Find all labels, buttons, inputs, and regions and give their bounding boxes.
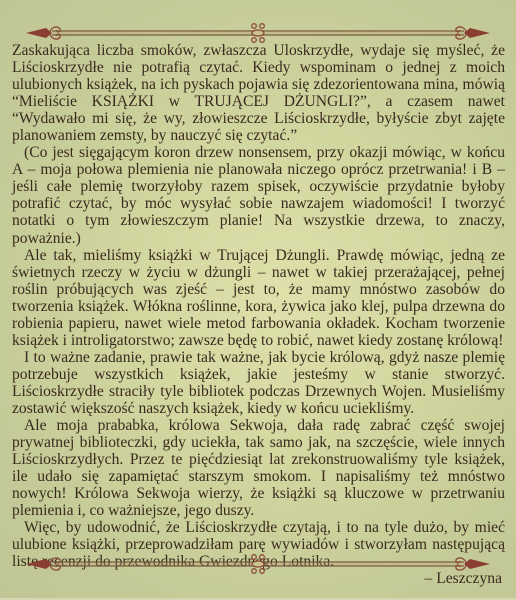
flourish-divider-icon	[24, 553, 492, 575]
book-page: Zaskakująca liczba smoków, zwłaszcza Ulo…	[0, 0, 516, 600]
flourish-divider-icon	[24, 22, 492, 44]
paragraph-2: (Co jest sięgającym koron drzew nonsense…	[12, 144, 505, 246]
document-body: Zaskakująca liczba smoków, zwłaszcza Ulo…	[12, 42, 505, 588]
paragraph-4: I to ważne zadanie, prawie tak ważne, ja…	[12, 349, 505, 417]
paragraph-5: Ale moja prababka, królowa Sekwoja, dała…	[12, 417, 505, 519]
paragraph-3: Ale tak, mieliśmy książki w Trującej Dżu…	[12, 247, 505, 349]
paragraph-1: Zaskakująca liczba smoków, zwłaszcza Ulo…	[12, 42, 505, 144]
top-ornament-divider	[24, 22, 492, 44]
bottom-ornament-divider	[24, 553, 492, 575]
